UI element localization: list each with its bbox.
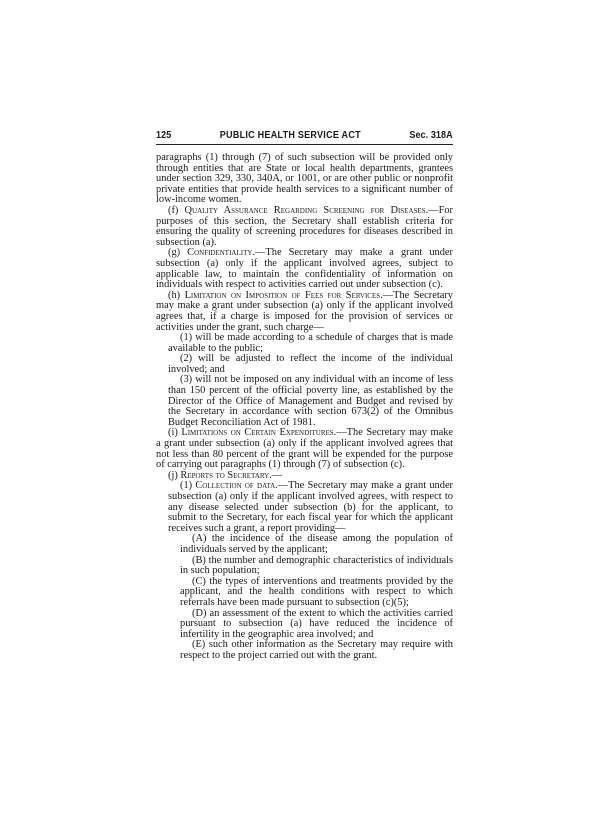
paragraph-text: paragraphs (1) through (7) of such subse… (156, 152, 453, 205)
paragraph-g: (g) Confidentiality.—The Secretary may m… (156, 248, 453, 290)
paragraph-text: (C) the types of interventions and treat… (180, 576, 453, 608)
page-number: 125 (156, 130, 171, 141)
paragraph-text: (3) will not be imposed on any individua… (168, 374, 453, 427)
paragraph-text: (A) the incidence of the disease among t… (180, 533, 453, 555)
running-title: PUBLIC HEALTH SERVICE ACT (220, 130, 361, 141)
paragraph-jE: (E) such other information as the Secret… (156, 640, 453, 661)
paragraph-jC: (C) the types of interventions and treat… (156, 577, 453, 609)
paragraph-label: (i) (168, 427, 181, 438)
document-page: 125 PUBLIC HEALTH SERVICE ACT Sec. 318A … (156, 130, 453, 662)
paragraph-label: (1) (180, 480, 195, 491)
paragraph-heading: Confidentiality. (187, 247, 255, 258)
paragraph-text: (E) such other information as the Secret… (180, 639, 453, 661)
paragraph-label: (g) (168, 247, 187, 258)
paragraph-jB: (B) the number and demographic character… (156, 556, 453, 577)
section-number: Sec. 318A (409, 130, 452, 141)
paragraph-jA: (A) the incidence of the disease among t… (156, 534, 453, 555)
paragraph-i: (i) Limitations on Certain Expenditures.… (156, 428, 453, 470)
paragraph-text: (D) an assessment of the extent to which… (180, 608, 453, 640)
paragraph-label: (j) (168, 470, 180, 481)
paragraph-continued: paragraphs (1) through (7) of such subse… (156, 153, 453, 206)
paragraph-text: (2) will be adjusted to reflect the inco… (168, 353, 453, 375)
paragraph-h1: (1) will be made according to a schedule… (156, 333, 453, 354)
paragraph-j1: (1) Collection of data.—The Secretary ma… (156, 481, 453, 534)
paragraph-jD: (D) an assessment of the extent to which… (156, 609, 453, 641)
paragraph-text: (B) the number and demographic character… (180, 555, 453, 577)
document-body: paragraphs (1) through (7) of such subse… (156, 153, 453, 662)
paragraph-f: (f) Quality Assurance Regarding Screenin… (156, 206, 453, 248)
paragraph-h: (h) Limitation on Imposition of Fees for… (156, 291, 453, 333)
paragraph-label: (f) (168, 205, 185, 216)
paragraph-label: (h) (168, 290, 185, 301)
paragraph-h3: (3) will not be imposed on any individua… (156, 375, 453, 428)
page-header: 125 PUBLIC HEALTH SERVICE ACT Sec. 318A (156, 130, 453, 145)
paragraph-heading: Collection of data. (195, 480, 277, 491)
paragraph-h2: (2) will be adjusted to reflect the inco… (156, 354, 453, 375)
paragraph-heading: Quality Assurance Regarding Screening fo… (185, 205, 429, 216)
paragraph-text: (1) will be made according to a schedule… (168, 332, 453, 354)
paragraph-text: — (272, 470, 282, 481)
paragraph-heading: Limitation on Imposition of Fees for Ser… (185, 290, 383, 301)
paragraph-heading: Limitations on Certain Expenditures. (181, 427, 336, 438)
paragraph-heading: Reports to Secretary. (180, 470, 271, 481)
